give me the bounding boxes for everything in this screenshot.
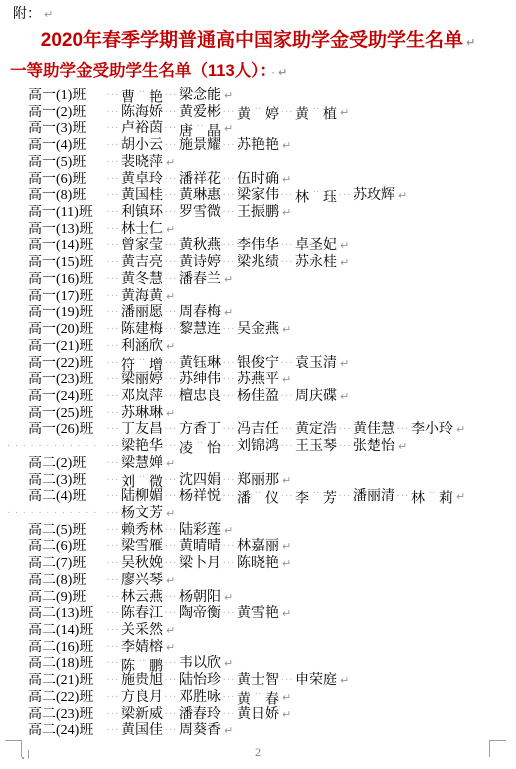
space-dots-mark: ··· [105, 372, 121, 389]
space-dots-mark: ··· [221, 539, 237, 556]
student-name: 黄秋燕 [179, 238, 221, 255]
student-name: 伍时确 [237, 172, 279, 189]
student-name: 杨祥悦 [179, 489, 221, 506]
paragraph-mark-icon: ↵ [224, 272, 233, 289]
student-name: 方良月 [121, 690, 163, 707]
page-title-text: 2020年春季学期普通高中国家助学金受助学生名单 [41, 30, 463, 51]
space-dots-mark: ··· [163, 272, 179, 289]
paragraph-mark-icon: ↵ [456, 489, 465, 506]
student-name: 潘丽愿 [121, 305, 163, 322]
attachment-heading: 附：↵ [13, 3, 53, 23]
space-dots-mark: ··· [395, 489, 411, 506]
class-label: 高一(17)班 [5, 289, 105, 306]
space-dots-mark: ··· [163, 539, 179, 556]
paragraph-mark-icon: ↵ [282, 138, 291, 155]
space-dots-mark: ··· [279, 238, 295, 255]
class-label: 高二(16)班 [5, 640, 105, 657]
space-dots-mark: ··· [279, 439, 295, 456]
space-dots-mark: ··· [221, 489, 237, 506]
space-dots-mark: ··· [163, 138, 179, 155]
student-name: 梁家伟 [237, 188, 279, 205]
class-label: 高二(18)班 [5, 656, 105, 673]
class-label: 高二(4)班 [5, 489, 105, 506]
paragraph-mark-icon: ↵ [340, 389, 349, 406]
space-dots-mark: ··· [337, 439, 353, 456]
class-label: 高一(11)班 [5, 205, 105, 222]
student-name: 陈建梅 [121, 322, 163, 339]
student-name: 梁兆绩 [237, 255, 279, 272]
space-dots-mark: ··· [279, 105, 295, 122]
paragraph-mark-icon: ↵ [340, 673, 349, 690]
space-dots-mark: ··· [105, 155, 121, 172]
table-row: 高二(13)班···陈春江···陶帝衡···黄雪艳↵ [5, 606, 511, 623]
paragraph-mark-icon: ↵ [224, 121, 233, 138]
student-name: 银俊宁 [237, 356, 279, 373]
space-dots-mark: ··· [221, 422, 237, 439]
space-dots-mark: ·· [425, 486, 439, 503]
student-name: 卓圣妃 [295, 238, 337, 255]
paragraph-mark-icon: ↵ [166, 573, 175, 590]
class-label: 高二(22)班 [5, 690, 105, 707]
student-table: 高一(1)班···曹··艳···梁念能↵高一(2)班···陈海娇···黄爱彬··… [5, 88, 511, 740]
student-name: 黄钰琳 [179, 356, 221, 373]
paragraph-mark-icon: ↵ [282, 473, 291, 490]
space-dots-mark: ··· [105, 623, 121, 640]
student-name: 申荣庭 [295, 673, 337, 690]
paragraph-mark-icon: ↵ [340, 105, 349, 122]
student-name: 黄··植 [295, 102, 337, 124]
space-dots-mark: ··· [105, 590, 121, 607]
class-label: 高二(21)班 [5, 673, 105, 690]
student-name: 黄佳慧 [353, 422, 395, 439]
student-name: 苏燕平 [237, 372, 279, 389]
space-dots-mark: ··· [105, 389, 121, 406]
table-row: 高一(8)班···黄国桂···黄琳惠···梁家伟···林··珏···苏玫辉↵ [5, 188, 511, 205]
space-dots-mark: ·· [193, 436, 207, 453]
student-name: 陈海娇 [121, 105, 163, 122]
space-dots-mark: ··· [221, 473, 237, 490]
space-dots-mark: ··· [163, 590, 179, 607]
space-dots-mark: ··· [105, 556, 121, 573]
table-row: 高二(8)班···廖兴琴↵ [5, 573, 511, 590]
student-name: 施景耀 [179, 138, 221, 155]
space-dots-mark: ··· [221, 707, 237, 724]
student-name: 丁友昌 [121, 422, 163, 439]
student-name: 周葵香 [179, 723, 221, 740]
student-name: 杨文芳 [121, 506, 163, 523]
student-name: 黄吉亮 [121, 255, 163, 272]
paragraph-mark-icon: ↵ [166, 456, 175, 473]
class-label: 高二(2)班 [5, 456, 105, 473]
space-dots-mark: ··· [163, 188, 179, 205]
class-label: 高一(22)班 [5, 356, 105, 373]
student-name: 梁新威 [121, 707, 163, 724]
space-dots-mark: ··· [105, 439, 121, 456]
class-label: 高一(26)班 [5, 422, 105, 439]
space-dots-mark: ··· [105, 188, 121, 205]
space-dots-mark: ·· [251, 486, 265, 503]
student-name: 王玉琴 [295, 439, 337, 456]
space-dots-mark: ··· [163, 439, 179, 456]
space-dots-mark: ··· [163, 389, 179, 406]
student-name: 李小玲 [411, 422, 453, 439]
paragraph-mark-icon: ↵ [224, 88, 233, 105]
student-name: 罗雪微 [179, 205, 221, 222]
class-label: 高一(4)班 [5, 138, 105, 155]
student-name: 梁雪雁 [121, 539, 163, 556]
class-label: 高二(7)班 [5, 556, 105, 573]
paragraph-mark-icon: ↵ [340, 356, 349, 373]
paragraph-mark-icon: ↵ [166, 155, 175, 172]
class-label: 高一(19)班 [5, 305, 105, 322]
class-label: 高二(9)班 [5, 590, 105, 607]
space-dots-mark: ··· [163, 422, 179, 439]
paragraph-mark-icon: ↵ [44, 8, 53, 21]
student-name: 黄卓玲 [121, 172, 163, 189]
student-name: 潘春玲 [179, 707, 221, 724]
space-dots-mark: ··· [279, 188, 295, 205]
space-dots-mark: ··· [163, 690, 179, 707]
class-label: 高一(23)班 [5, 372, 105, 389]
class-label: 高一(8)班 [5, 188, 105, 205]
student-name: 黄海黄 [121, 289, 163, 306]
space-dots-mark: ··· [105, 322, 121, 339]
table-row: 高一(25)班···苏琳琳↵ [5, 406, 511, 423]
space-dots-mark: ··· [279, 356, 295, 373]
space-dots-mark: ··· [105, 690, 121, 707]
paragraph-mark-icon: ↵ [340, 255, 349, 272]
paragraph-mark-icon: ↵ [224, 523, 233, 540]
paragraph-mark-icon: ↵ [224, 590, 233, 607]
space-dots-mark: ·· [135, 85, 149, 102]
space-dots-mark: ··· [163, 673, 179, 690]
student-name: 梁卜月 [179, 556, 221, 573]
space-dots-mark: ·· [251, 102, 265, 119]
paragraph-mark-icon: ↵ [278, 66, 287, 79]
paragraph-mark-icon: ↵ [398, 439, 407, 456]
student-name: 林嘉丽 [237, 539, 279, 556]
table-row: 高一(13)班···林士仁↵ [5, 222, 511, 239]
class-label: 高一(25)班 [5, 406, 105, 423]
table-row: 高一(20)班···陈建梅···黎慧连···吴金燕↵ [5, 322, 511, 339]
table-row: 高一(16)班···黄冬慧···潘春兰↵ [5, 272, 511, 289]
student-name: 陆彩莲 [179, 523, 221, 540]
student-name: 黄诗婷 [179, 255, 221, 272]
paragraph-mark-icon: ↵ [166, 289, 175, 306]
class-label: 高一(2)班 [5, 105, 105, 122]
space-dots-mark: ··· [221, 322, 237, 339]
student-name: 利镇环 [121, 205, 163, 222]
table-row: 高一(19)班···潘丽愿···周春梅↵ [5, 305, 511, 322]
space-dots-mark: ··· [163, 205, 179, 222]
student-name: 廖兴琴 [121, 573, 163, 590]
space-dots-mark: ··· [105, 222, 121, 239]
space-dots-mark: ··· [221, 105, 237, 122]
section-subtitle-text: 一等助学金受助学生名单（113人）： [10, 62, 268, 80]
class-label: 高二(3)班 [5, 473, 105, 490]
class-label: 高一(5)班 [5, 155, 105, 172]
paragraph-mark-icon: ↵ [166, 623, 175, 640]
paragraph-mark-icon: ↵ [340, 238, 349, 255]
space-dots-mark: ··· [221, 556, 237, 573]
class-label: 高二(6)班 [5, 539, 105, 556]
space-dots-mark: ··· [337, 188, 353, 205]
space-dots-mark: ··· [105, 205, 121, 222]
student-name: 陈春江 [121, 606, 163, 623]
space-dots-mark: ··· [221, 238, 237, 255]
space-dots-mark: ··· [105, 356, 121, 373]
table-row: 高二(6)班···梁雪雁···黄晴晴···林嘉丽↵ [5, 539, 511, 556]
table-row: 高一(17)班···黄海黄↵ [5, 289, 511, 306]
space-dots-mark: ··· [105, 305, 121, 322]
space-dots-mark: ·· [309, 102, 323, 119]
paragraph-mark-icon: ↵ [282, 556, 291, 573]
table-row: ···············梁艳华···凌··怡···刘锦鸿···王玉琴···… [5, 439, 511, 456]
student-name: 吴金燕 [237, 322, 279, 339]
student-name: 刘锦鸿 [237, 439, 279, 456]
space-dots-mark: ·· [309, 486, 323, 503]
class-label: 高一(21)班 [5, 339, 105, 356]
paragraph-mark-icon: ↵ [466, 36, 475, 49]
space-dots-mark: ··· [221, 372, 237, 389]
student-name: 苏琳琳 [121, 406, 163, 423]
student-name: 吴秋娩 [121, 556, 163, 573]
paragraph-mark-icon: ↵ [224, 723, 233, 740]
student-name: 周庆碟 [295, 389, 337, 406]
space-dots-mark: ··· [221, 389, 237, 406]
student-name: 胡小云 [121, 138, 163, 155]
space-dots-mark: ··· [105, 506, 121, 523]
space-dots-mark: ··· [221, 205, 237, 222]
space-dots-mark: ·· [135, 353, 149, 370]
class-label: 高二(23)班 [5, 707, 105, 724]
student-name: 卢裕茵 [121, 121, 163, 138]
space-dots-mark: ··· [279, 489, 295, 506]
space-dots-mark: ··· [105, 105, 121, 122]
table-row: 高一(14)班···曾家莹···黄秋燕···李伟华···卓圣妃↵ [5, 238, 511, 255]
page-title: 2020年春季学期普通高中国家助学金受助学生名单↵ [0, 25, 516, 52]
space-dots-mark: ··· [105, 272, 121, 289]
space-dots-mark: ··· [105, 523, 121, 540]
class-label: 高一(15)班 [5, 255, 105, 272]
class-label: 高二(13)班 [5, 606, 105, 623]
student-name: 潘祥花 [179, 172, 221, 189]
table-row: 高一(5)班···裴晓萍↵ [5, 155, 511, 172]
space-dots-mark: ··· [163, 707, 179, 724]
attachment-label: 附： [13, 7, 41, 22]
student-name: 林··莉 [411, 486, 453, 508]
space-dots-mark: ··· [221, 356, 237, 373]
student-name: 黎慧连 [179, 322, 221, 339]
space-dots-mark: ··· [279, 389, 295, 406]
space-dots-mark: ··· [105, 489, 121, 506]
space-dots-mark: ·· [309, 185, 323, 202]
table-row: 高二(22)班···方良月···邓胜咏···黄··春↵ [5, 690, 511, 707]
class-label: 高一(24)班 [5, 389, 105, 406]
student-name: 陈晓艳 [237, 556, 279, 573]
table-row: 高一(6)班···黄卓玲···潘祥花···伍时确↵ [5, 172, 511, 189]
table-row: 高一(24)班···邓岚萍···檀忠良···杨佳盈···周庆碟↵ [5, 389, 511, 406]
continuation-fill-mark: ············ [5, 439, 105, 456]
space-dots-mark: ··· [163, 356, 179, 373]
space-dots-mark: ··· [163, 121, 179, 138]
continuation-fill-mark: ············ [5, 506, 105, 523]
space-dots-mark: ··· [163, 656, 179, 673]
student-name: 黄国桂 [121, 188, 163, 205]
paragraph-mark-icon: ↵ [166, 506, 175, 523]
student-name: 赖秀林 [121, 523, 163, 540]
student-name: 李伟华 [237, 238, 279, 255]
class-label: 高一(20)班 [5, 322, 105, 339]
table-row: 高一(23)班···梁丽婷···苏绅伟···苏燕平↵ [5, 372, 511, 389]
student-name: 檀忠良 [179, 389, 221, 406]
table-row: 高二(7)班···吴秋娩···梁卜月···陈晓艳↵ [5, 556, 511, 573]
space-dots-mark: ··· [395, 422, 411, 439]
student-name: 袁玉清 [295, 356, 337, 373]
student-name: 黄··婷 [237, 102, 279, 124]
student-name: 梁艳华 [121, 439, 163, 456]
space-dots-mark: ··· [163, 372, 179, 389]
paragraph-mark-icon: ↵ [282, 205, 291, 222]
table-row: 高一(2)班···陈海娇···黄爱彬···黄··婷···黄··植↵ [5, 105, 511, 122]
table-row: 高二(14)班···关采然↵ [5, 623, 511, 640]
space-dots-mark: ··· [105, 640, 121, 657]
student-name: 黄冬慧 [121, 272, 163, 289]
student-name: 李··芳 [295, 486, 337, 508]
space-dots-mark: ··· [163, 523, 179, 540]
student-name: 施贵旭 [121, 673, 163, 690]
table-row: 高二(16)班···李婧榕↵ [5, 640, 511, 657]
space-dots-mark: ··· [163, 255, 179, 272]
space-dots-mark: ··· [105, 172, 121, 189]
space-dots-mark: ·· [135, 470, 149, 487]
student-name: 林云燕 [121, 590, 163, 607]
student-name: 黄琳惠 [179, 188, 221, 205]
space-dots-mark: ··· [105, 406, 121, 423]
page-number: 2 [0, 745, 516, 760]
student-name: 陶帝衡 [179, 606, 221, 623]
student-name: 邓胜咏 [179, 690, 221, 707]
student-name: 沈四娟 [179, 473, 221, 490]
space-dots-mark: ··· [105, 121, 121, 138]
class-label: 高一(14)班 [5, 238, 105, 255]
paragraph-mark-icon: ↵ [282, 172, 291, 189]
paragraph-mark-icon: ↵ [282, 606, 291, 623]
student-name: 苏绅伟 [179, 372, 221, 389]
space-dots-mark: ··· [105, 606, 121, 623]
space-dots-mark: ··· [163, 723, 179, 740]
space-dots-mark: ··· [279, 422, 295, 439]
class-label: 高二(24)班 [5, 723, 105, 740]
space-dots-mark: ··· [163, 489, 179, 506]
student-name: 苏艳艳 [237, 138, 279, 155]
student-name: 张楚怡 [353, 439, 395, 456]
paragraph-mark-icon: ↵ [282, 539, 291, 556]
class-label: 高一(16)班 [5, 272, 105, 289]
class-label: 高二(14)班 [5, 623, 105, 640]
student-name: 裴晓萍 [121, 155, 163, 172]
space-dots-mark: ··· [105, 456, 121, 473]
student-name: 苏永桂 [295, 255, 337, 272]
student-name: 潘丽清 [353, 489, 395, 506]
student-name: 黄国佳 [121, 723, 163, 740]
table-row: 高一(22)班···符··增···黄钰琳···银俊宁···袁玉清↵ [5, 356, 511, 373]
space-dots-mark: ··· [163, 305, 179, 322]
class-label: 高一(13)班 [5, 222, 105, 239]
space-dots-mark: ··· [105, 656, 121, 673]
paragraph-mark-icon: ↵ [166, 406, 175, 423]
student-name: 林··珏 [295, 185, 337, 207]
space-dots-mark: ··· [105, 673, 121, 690]
space-dot-mark: · [272, 68, 275, 79]
table-row: 高二(4)班···陆柳媚···杨祥悦···潘··仪···李··芳···潘丽清··… [5, 489, 511, 506]
paragraph-mark-icon: ↵ [224, 656, 233, 673]
space-dots-mark: ··· [105, 289, 121, 306]
student-name: 梁丽婷 [121, 372, 163, 389]
paragraph-mark-icon: ↵ [282, 707, 291, 724]
student-name: 陆怡珍 [179, 673, 221, 690]
space-dots-mark: ··· [279, 673, 295, 690]
class-label: 高一(3)班 [5, 121, 105, 138]
space-dots-mark: ··· [105, 539, 121, 556]
paragraph-mark-icon: ↵ [282, 372, 291, 389]
space-dots-mark: ·· [193, 119, 207, 136]
space-dots-mark: ··· [105, 573, 121, 590]
space-dots-mark: ··· [221, 188, 237, 205]
space-dots-mark: ··· [105, 707, 121, 724]
student-name: 杨佳盈 [237, 389, 279, 406]
student-name: 黄定浩 [295, 422, 337, 439]
space-dots-mark: ··· [163, 105, 179, 122]
space-dots-mark: ··· [105, 138, 121, 155]
student-name: 凌··怡 [179, 436, 221, 458]
space-dots-mark: ··· [105, 255, 121, 272]
student-name: 韦以欣 [179, 656, 221, 673]
table-row: 高一(4)班···胡小云···施景耀···苏艳艳↵ [5, 138, 511, 155]
table-row: 高二(24)班···黄国佳···周葵香↵ [5, 723, 511, 740]
table-row: 高二(23)班···梁新威···潘春玲···黄日娇↵ [5, 707, 511, 724]
document-page: 附：↵ 2020年春季学期普通高中国家助学金受助学生名单↵ 一等助学金受助学生名… [0, 0, 516, 769]
class-label: 高一(1)班 [5, 88, 105, 105]
space-dots-mark: ··· [105, 473, 121, 490]
space-dots-mark: ··· [221, 606, 237, 623]
space-dots-mark: ··· [221, 690, 237, 707]
student-name: 梁念能 [179, 88, 221, 105]
paragraph-mark-icon: ↵ [166, 222, 175, 239]
student-name: 王振鹏 [237, 205, 279, 222]
paragraph-mark-icon: ↵ [282, 690, 291, 707]
space-dots-mark: ··· [221, 255, 237, 272]
table-row: 高二(18)班···陈··鹏···韦以欣↵ [5, 656, 511, 673]
space-dots-mark: ··· [221, 439, 237, 456]
section-subtitle: 一等助学金受助学生名单（113人）：·↵ [10, 57, 287, 81]
paragraph-mark-icon: ↵ [456, 422, 465, 439]
table-row: 高二(9)班···林云燕···杨朝阳↵ [5, 590, 511, 607]
space-dots-mark: ··· [163, 322, 179, 339]
table-row: 高一(21)班···利涵欣↵ [5, 339, 511, 356]
space-dots-mark: ··· [221, 138, 237, 155]
paragraph-mark-icon: ↵ [166, 339, 175, 356]
student-name: 黄日娇 [237, 707, 279, 724]
space-dots-mark: ··· [221, 673, 237, 690]
paragraph-mark-icon: ↵ [282, 322, 291, 339]
space-dots-mark: ··· [163, 556, 179, 573]
space-dots-mark: ··· [337, 489, 353, 506]
space-dots-mark: ··· [105, 88, 121, 105]
space-dots-mark: ··· [105, 339, 121, 356]
table-row: 高二(2)班···梁慧婵↵ [5, 456, 511, 473]
student-name: 曾家莹 [121, 238, 163, 255]
